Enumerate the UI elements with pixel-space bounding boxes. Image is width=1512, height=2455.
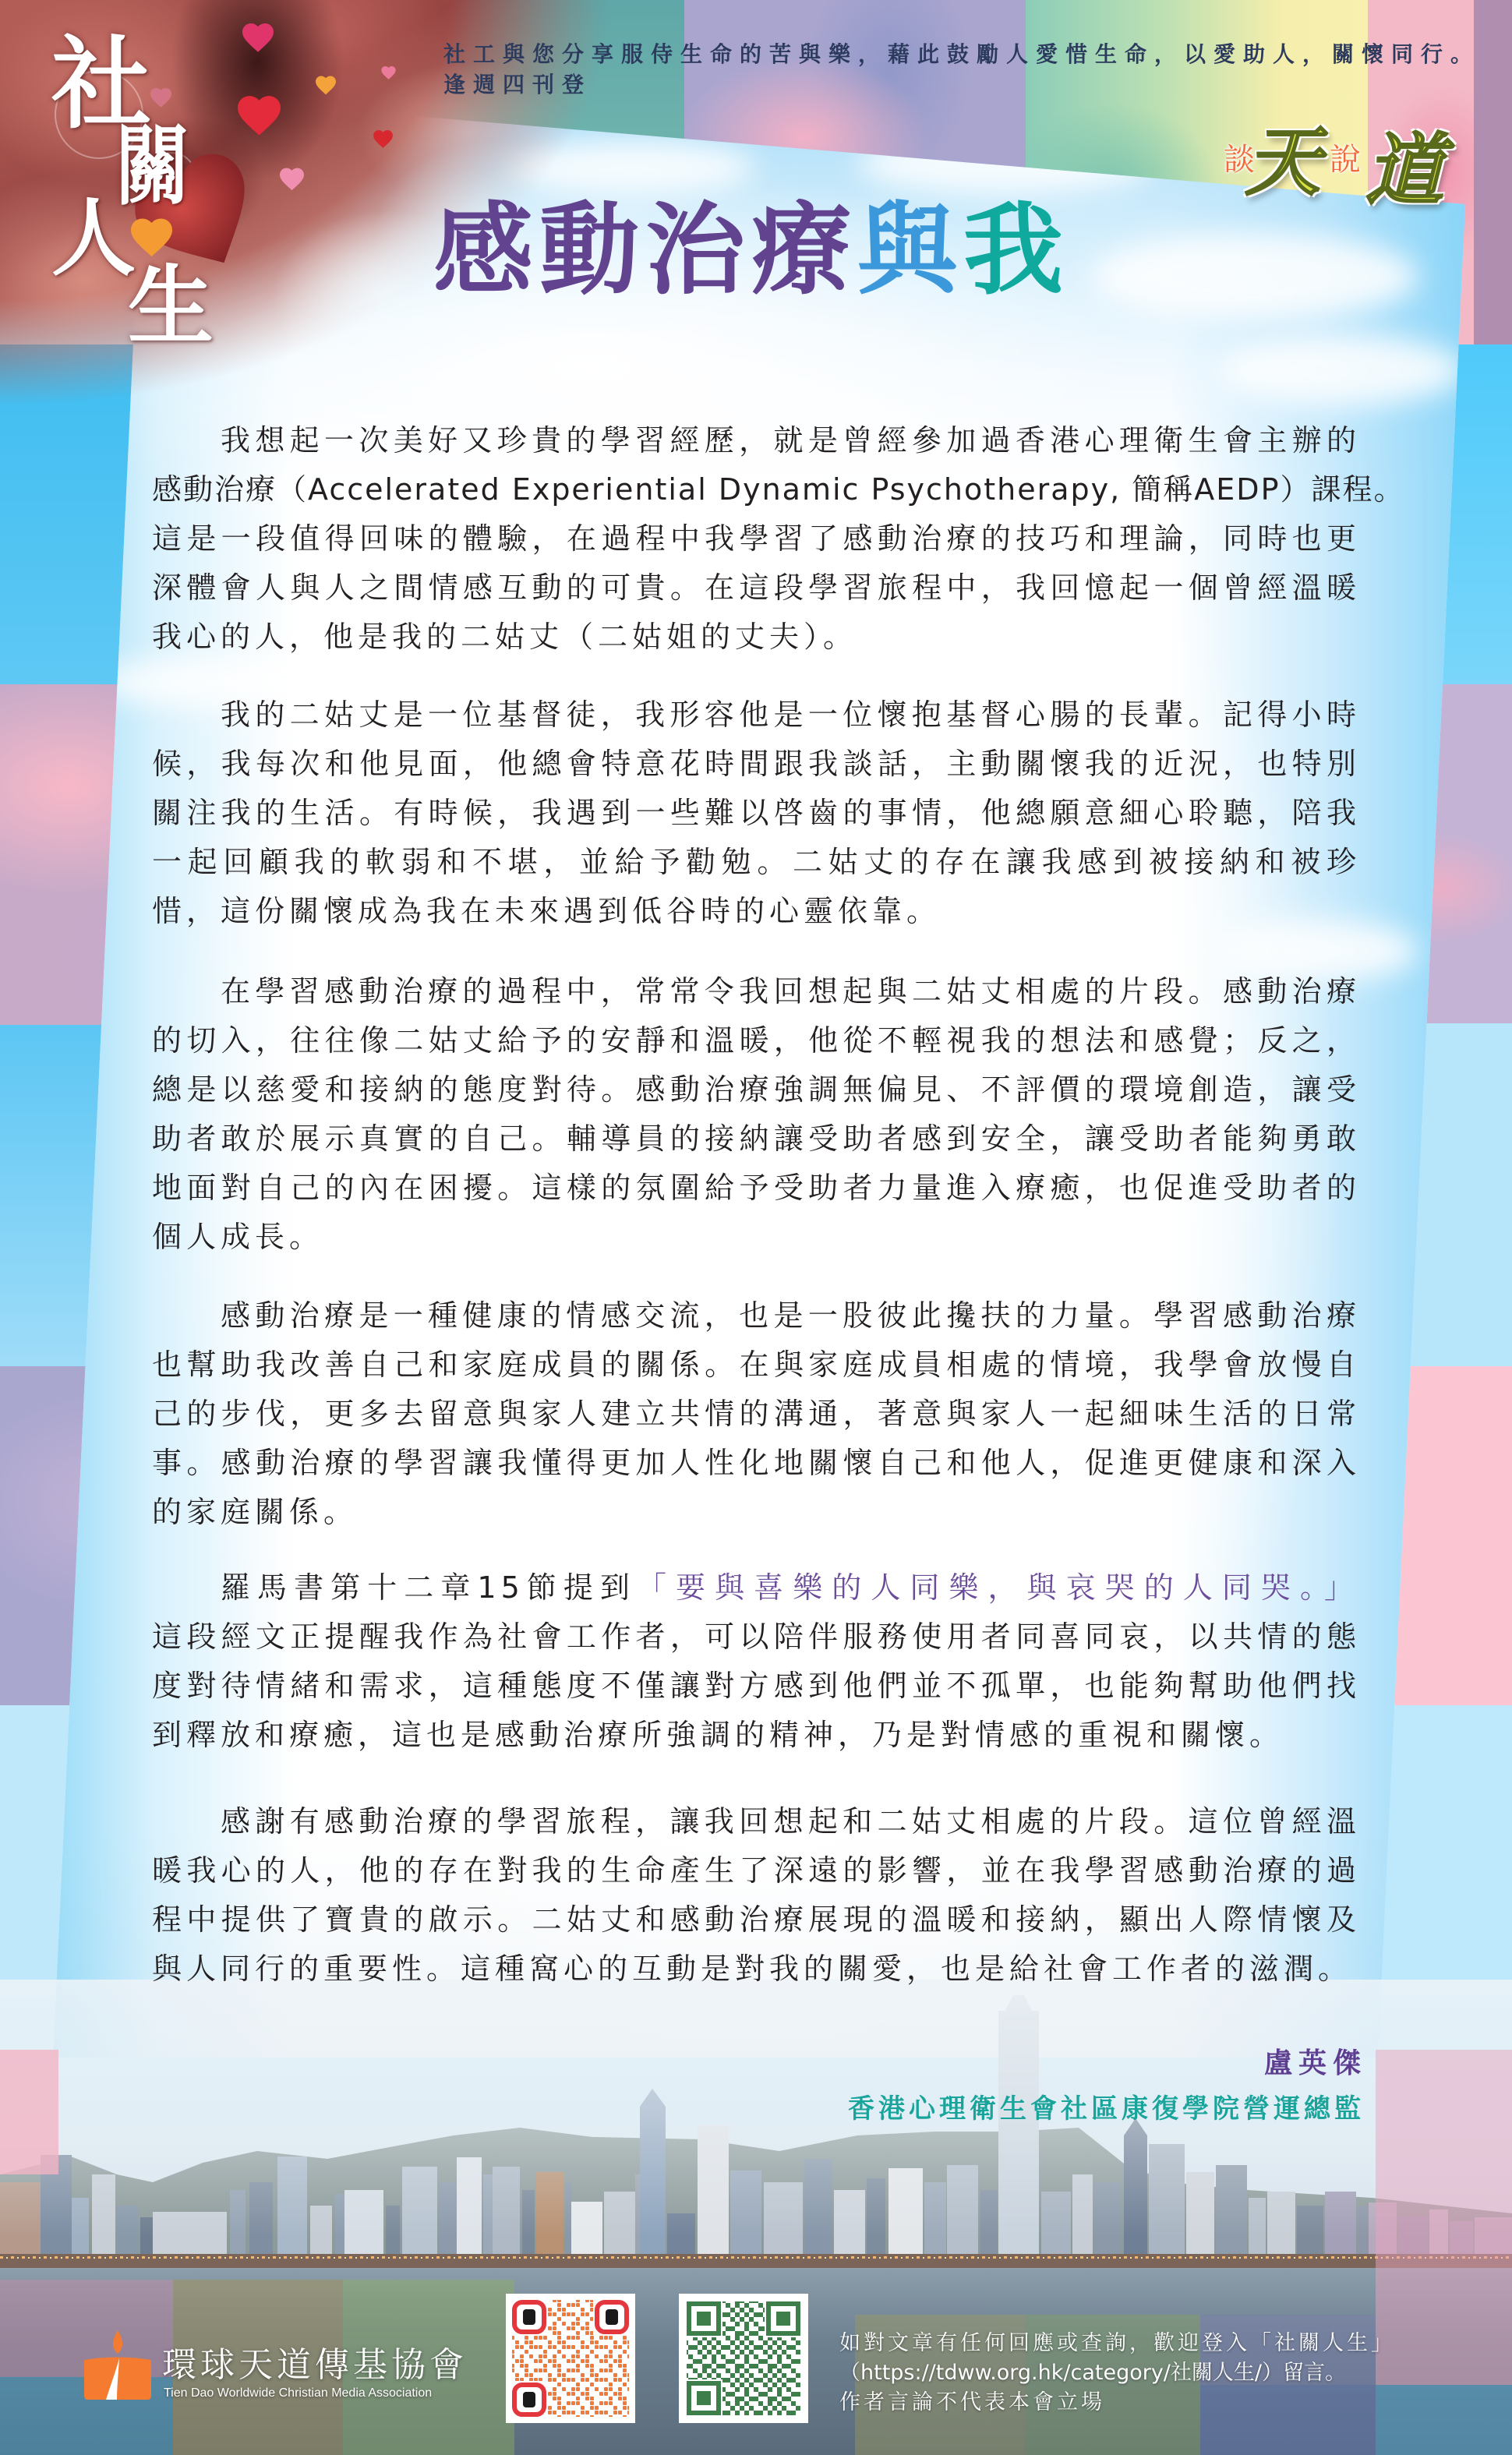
text-line: 的切入，往往像二姑丈給予的安靜和溫暖，他從不輕視我的想法和感覺；反之， <box>152 1016 1361 1065</box>
text-line: 惜，這份關懷成為我在未來遇到低谷時的心靈依靠。 <box>152 887 1361 936</box>
verse-reference: 羅馬書第十二章15節提到 <box>221 1570 637 1605</box>
text-line: 深體會人與人之間情感互動的可貴。在這段學習旅程中，我回憶起一個曾經溫暖 <box>152 563 1361 613</box>
paragraph: 感謝有感動治療的學習旅程，讓我回想起和二姑丈相處的片段。這位曾經溫 暖我心的人，… <box>152 1797 1361 1994</box>
heart-icon <box>373 130 393 148</box>
organization-name-english: Tien Dao Worldwide Christian Media Assoc… <box>164 2386 432 2400</box>
text-line: 在學習感動治療的過程中，常常令我回想起與二姑丈相處的片段。感動治療 <box>152 967 1361 1016</box>
paragraph: 在學習感動治療的過程中，常常令我回想起與二姑丈相處的片段。感動治療 的切入，往往… <box>152 967 1361 1262</box>
text-line: 關注我的生活。有時候，我遇到一些難以啓齒的事情，他總願意細心聆聽，陪我 <box>152 789 1361 838</box>
author-title: 香港心理衛生會社區康復學院營運總監 <box>848 2092 1365 2126</box>
candle-logo-icon <box>83 2329 153 2400</box>
title-part: 與 <box>857 193 963 309</box>
bible-verse-quote: 「要與喜樂的人同樂，與哀哭的人同哭。」 <box>637 1570 1361 1605</box>
mosaic-overlay <box>1376 2385 1512 2455</box>
text-line: 總是以慈愛和接納的態度對待。感動治療強調無偏見、不評價的環境創造，讓受 <box>152 1065 1361 1114</box>
text-line: 的家庭關係。 <box>152 1488 1361 1537</box>
heart-icon <box>242 23 274 52</box>
heart-icon <box>150 88 171 108</box>
paragraph: 我想起一次美好又珍貴的學習經歷，就是曾經參加過香港心理衛生會主辦的 感動治療（A… <box>152 416 1361 662</box>
city-skyline-image <box>0 1980 1512 2276</box>
text-line: 也幫助我改善自己和家庭成員的關係。在與家庭成員相處的情境，我學會放慢自 <box>152 1341 1361 1390</box>
title-part: 感動治療 <box>433 193 857 309</box>
tagline-schedule: 逢週四刊登 <box>443 69 1480 100</box>
text-line: 個人成長。 <box>152 1213 1361 1262</box>
text-line: 感動治療是一種健康的情感交流，也是一股彼此攙扶的力量。學習感動治療 <box>152 1291 1361 1341</box>
footer-notice: 如對文章有任何回應或查詢，歡迎登入「社關人生」 （https://tdww.or… <box>839 2329 1395 2418</box>
text-line: 暖我心的人，他的存在對我的生命產生了深遠的影響，並在我學習感動治療的過 <box>152 1846 1361 1895</box>
text-line: 程中提供了寶貴的啟示。二姑丈和感動治療展現的溫暖和接納，顯出人際情懷及 <box>152 1895 1361 1945</box>
text-line: 助者敢於展示真實的自己。輔導員的接納讓受助者感到安全，讓受助者能夠勇敢 <box>152 1114 1361 1164</box>
heart-icon <box>238 95 281 136</box>
text-line: 候，我每次和他見面，他總會特意花時間跟我談話，主動關懷我的近況，也特別 <box>152 740 1361 789</box>
author-name: 盧英傑 <box>1264 2047 1367 2081</box>
paragraph: 我的二姑丈是一位基督徒，我形容他是一位懷抱基督心腸的長輩。記得小時 候，我每次和… <box>152 691 1361 936</box>
heart-icon <box>131 218 172 257</box>
series-logo-char: 天 <box>1245 125 1320 200</box>
text-line: 一起回顧我的軟弱和不堪，並給予勸勉。二姑丈的存在讓我感到被接納和被珍 <box>152 838 1361 887</box>
column-title-char: 人 <box>51 196 136 281</box>
disclaimer: 作者言論不代表本會立場 <box>839 2388 1395 2418</box>
qr-code-icon <box>506 2294 635 2423</box>
poster-page: 社 關 人 生 社工與您分享服侍生命的苦與樂，藉此鼓勵人愛惜生命，以愛助人，關懷… <box>0 0 1512 2455</box>
paragraph: 感動治療是一種健康的情感交流，也是一股彼此攙扶的力量。學習感動治療 也幫助我改善… <box>152 1291 1361 1537</box>
text-line: 地面對自己的內在困擾。這樣的氛圍給予受助者力量進入療癒，也促進受助者的 <box>152 1164 1361 1213</box>
article-title: 感動治療與我 <box>433 201 1069 301</box>
text-line: 度對待情緒和需求，這種態度不僅讓對方感到他們並不孤單，也能夠幫助他們找 <box>152 1662 1361 1711</box>
column-title-char: 生 <box>128 263 214 349</box>
text-line: 這是一段值得回味的體驗，在過程中我學習了感動治療的技巧和理論，同時也更 <box>152 514 1361 563</box>
heart-icon <box>280 168 304 191</box>
qr-code-icon <box>679 2294 808 2423</box>
title-part: 我 <box>963 193 1069 309</box>
text-line: 這段經文正提醒我作為社會工作者，可以陪伴服務使用者同喜同哀，以共情的態 <box>152 1613 1361 1662</box>
text-line: 感動治療（Accelerated Experiential Dynamic Ps… <box>152 465 1361 514</box>
heart-icon <box>316 76 336 95</box>
series-logo-char: 說 <box>1330 144 1361 175</box>
series-logo-char: 道 <box>1365 131 1443 209</box>
organization-name: 環球天道傳基協會 <box>162 2346 468 2385</box>
text-line: 事。感動治療的學習讓我懂得更加人性化地關懷自己和他人，促進更健康和深入 <box>152 1439 1361 1488</box>
text-line: 與人同行的重要性。這種窩心的互動是對我的關愛，也是給社會工作者的滋潤。 <box>152 1945 1361 1994</box>
mosaic-overlay <box>0 2050 58 2174</box>
text-line: 感謝有感動治療的學習旅程，讓我回想起和二姑丈相處的片段。這位曾經溫 <box>152 1797 1361 1846</box>
paragraph: 羅馬書第十二章15節提到「要與喜樂的人同樂，與哀哭的人同哭。」 這段經文正提醒我… <box>152 1563 1361 1760</box>
cloud <box>1091 234 1418 320</box>
text-line: 羅馬書第十二章15節提到「要與喜樂的人同樂，與哀哭的人同哭。」 <box>152 1563 1361 1613</box>
text-line: 我的二姑丈是一位基督徒，我形容他是一位懷抱基督心腸的長輩。記得小時 <box>152 691 1361 740</box>
tagline-line: 社工與您分享服侍生命的苦與樂，藉此鼓勵人愛惜生命，以愛助人，關懷同行。 <box>443 39 1480 69</box>
notice-line: 如對文章有任何回應或查詢，歡迎登入「社關人生」 <box>839 2329 1395 2358</box>
mosaic-overlay <box>1376 2050 1512 2385</box>
text-line: 我心的人，他是我的二姑丈（二姑姐的丈夫）。 <box>152 613 1361 662</box>
text-line: 到釋放和療癒，這也是感動治療所強調的精神，乃是對情感的重視和關懷。 <box>152 1711 1361 1760</box>
tagline: 社工與您分享服侍生命的苦與樂，藉此鼓勵人愛惜生命，以愛助人，關懷同行。 逢週四刊… <box>443 39 1480 100</box>
cloud <box>1216 335 1465 405</box>
notice-url-line: （https://tdww.org.hk/category/社關人生/）留言。 <box>839 2358 1395 2388</box>
text-line: 我想起一次美好又珍貴的學習經歷，就是曾經參加過香港心理衛生會主辦的 <box>152 416 1361 465</box>
heart-icon <box>381 66 396 79</box>
text-line: 己的步伐，更多去留意與家人建立共情的溝通，著意與家人一起細味生活的日常 <box>152 1390 1361 1439</box>
